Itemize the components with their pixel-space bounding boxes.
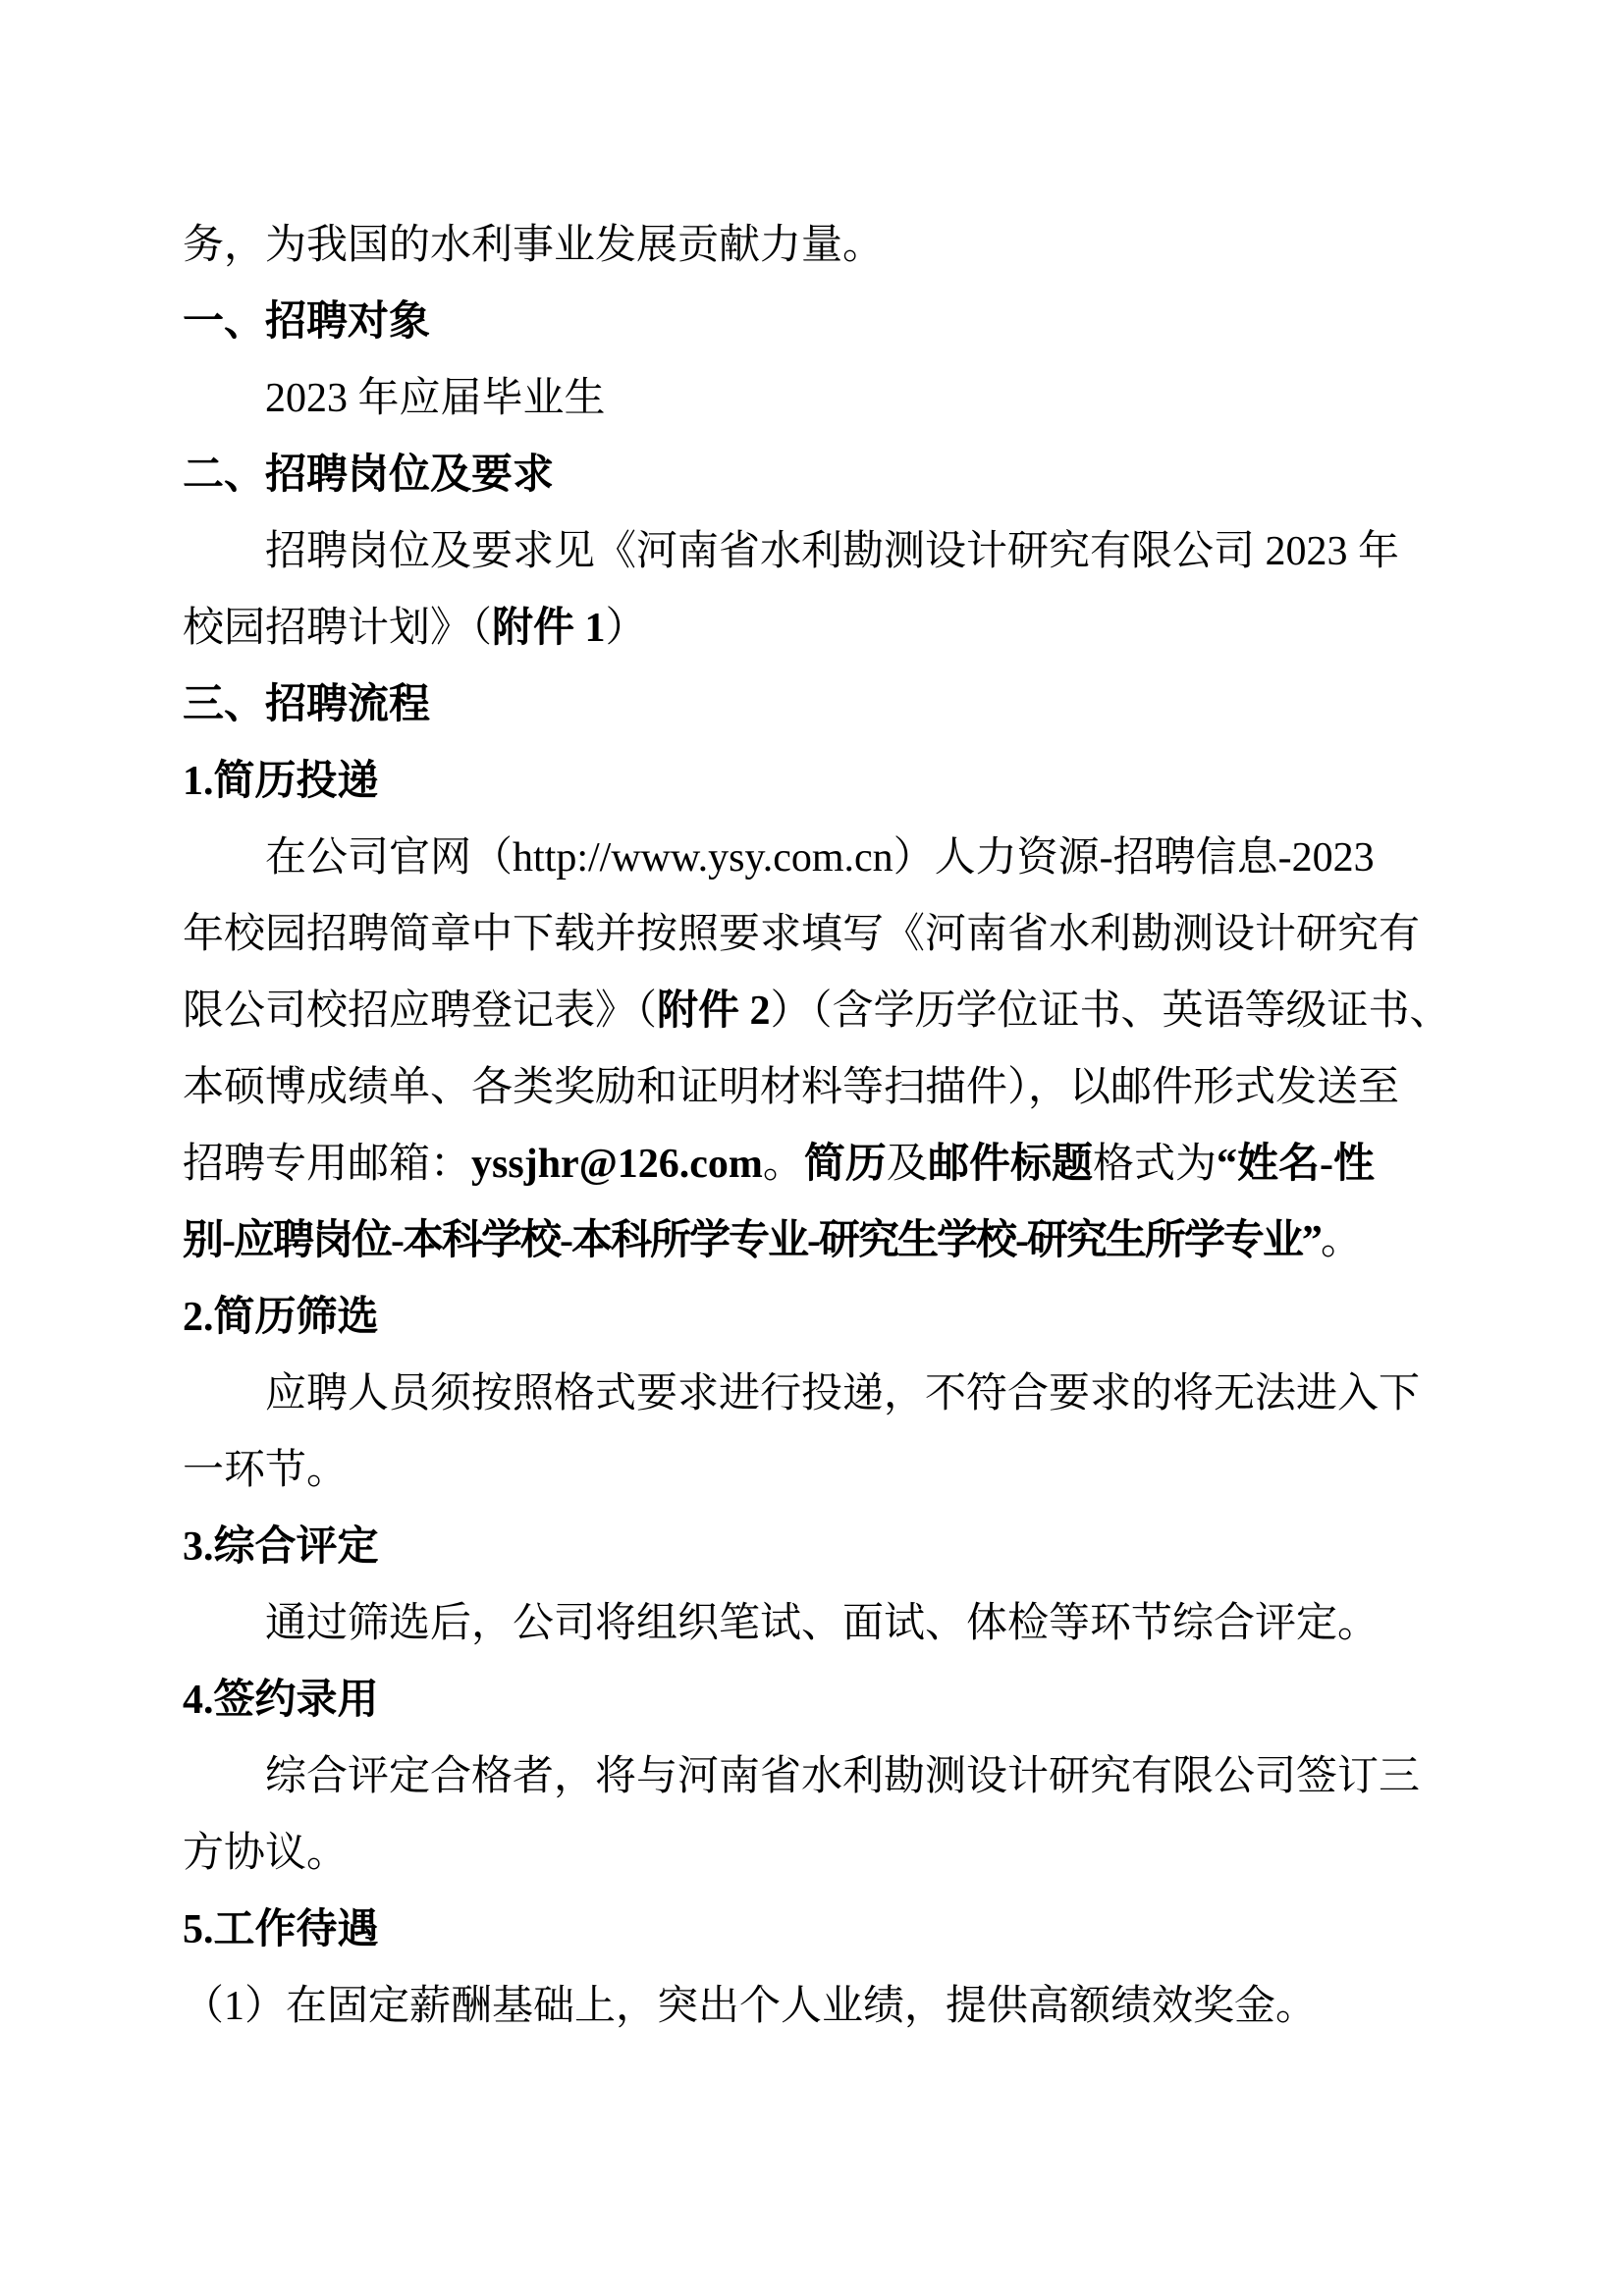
text-run: 及 — [887, 1142, 928, 1187]
paragraph-benefits-item-1: （1）在固定薪酬基础上，突出个人业绩，提供高额绩效奖金。 — [183, 1968, 1459, 2045]
paragraph-contract-signing-line-1: 综合评定合格者，将与河南省水利勘测设计研究有限公司签订三 — [183, 1738, 1459, 1815]
text-run: 招聘专用邮箱： — [183, 1142, 471, 1187]
text-run: 年校园招聘简章中下载并按照要求填写《河南省水利勘测设计研究有 — [183, 912, 1420, 957]
text-run: 本硕博成绩单、各类奖励和证明材料等扫描件），以邮件形式发送至 — [183, 1065, 1399, 1110]
text-run: （1）在固定薪酬基础上，突出个人业绩，提供高额绩效奖金。 — [183, 1984, 1317, 2029]
text-run-emphasis: 邮件标题 — [928, 1142, 1093, 1187]
text-run: 方协议。 — [183, 1831, 348, 1876]
text-run: ） — [606, 606, 647, 651]
heading-section-1-recruitment-target: 一、招聘对象 — [183, 284, 1459, 360]
attachment-1-reference: 附件 1 — [492, 606, 606, 651]
text-run: 招聘岗位及要求见《河南省水利勘测设计研究有限公司 2023 年 — [265, 529, 1399, 574]
paragraph-resume-submission-line-2: 年校园招聘简章中下载并按照要求填写《河南省水利勘测设计研究有 — [183, 896, 1459, 973]
paragraph-resume-screening-line-2: 一环节。 — [183, 1432, 1459, 1509]
text-run: 格式为 — [1093, 1142, 1217, 1187]
document-page: 务，为我国的水利事业发展贡献力量。 一、招聘对象 2023 年应届毕业生 二、招… — [0, 0, 1624, 2296]
text-run: 一环节。 — [183, 1448, 348, 1493]
paragraph-resume-submission-line-5: 招聘专用邮箱：yssjhr@126.com。简历及邮件标题格式为“姓名-性 — [183, 1126, 1459, 1202]
paragraph-resume-submission-line-6: 别-应聘岗位-本科学校-本科所学专业-研究生学校-研究生所学专业”。 — [183, 1202, 1459, 1279]
text-run-with-website-url: 在公司官网（http://www.ysy.com.cn）人力资源-招聘信息-20… — [265, 835, 1375, 881]
text-run: 。 — [1321, 1218, 1360, 1263]
paragraph-positions-line-1: 招聘岗位及要求见《河南省水利勘测设计研究有限公司 2023 年 — [183, 513, 1459, 590]
heading-text: 一、招聘对象 — [183, 299, 430, 345]
subheading-4-contract-signing: 4.签约录用 — [183, 1662, 1459, 1738]
heading-section-2-positions-requirements: 二、招聘岗位及要求 — [183, 437, 1459, 513]
text-run-emphasis: 简历 — [804, 1142, 887, 1187]
text-run: ）（含学历学位证书、英语等级证书、 — [771, 988, 1451, 1034]
paragraph-resume-submission-line-3: 限公司校招应聘登记表》（附件 2）（含学历学位证书、英语等级证书、 — [183, 973, 1459, 1049]
heading-text: 4.签约录用 — [183, 1678, 379, 1723]
heading-section-3-recruitment-process: 三、招聘流程 — [183, 667, 1459, 743]
paragraph-contract-signing-line-2: 方协议。 — [183, 1815, 1459, 1892]
subheading-1-resume-submission: 1.简历投递 — [183, 743, 1459, 820]
paragraph-resume-submission-line-1: 在公司官网（http://www.ysy.com.cn）人力资源-招聘信息-20… — [183, 820, 1459, 896]
heading-text: 1.简历投递 — [183, 759, 379, 804]
text-run: 综合评定合格者，将与河南省水利勘测设计研究有限公司签订三 — [265, 1754, 1420, 1799]
paragraph-intro-continuation: 务，为我国的水利事业发展贡献力量。 — [183, 207, 1459, 284]
text-run: 限公司校招应聘登记表》（ — [183, 988, 657, 1034]
paragraph-positions-line-2: 校园招聘计划》（附件 1） — [183, 590, 1459, 667]
paragraph-resume-screening-line-1: 应聘人员须按照格式要求进行投递，不符合要求的将无法进入下 — [183, 1356, 1459, 1432]
heading-text: 二、招聘岗位及要求 — [183, 453, 554, 498]
text-run: 应聘人员须按照格式要求进行投递，不符合要求的将无法进入下 — [265, 1371, 1420, 1416]
heading-text: 5.工作待遇 — [183, 1907, 379, 1952]
text-run: 2023 年应届毕业生 — [265, 376, 606, 421]
email-title-format: 别-应聘岗位-本科学校-本科所学专业-研究生学校-研究生所学专业” — [183, 1218, 1321, 1263]
text-run: 通过筛选后，公司将组织笔试、面试、体检等环节综合评定。 — [265, 1601, 1379, 1646]
heading-text: 三、招聘流程 — [183, 682, 430, 727]
paragraph-resume-submission-line-4: 本硕博成绩单、各类奖励和证明材料等扫描件），以邮件形式发送至 — [183, 1049, 1459, 1126]
email-address: yssjhr@126.com — [471, 1142, 763, 1187]
text-run-emphasis: “姓名-性 — [1217, 1142, 1375, 1187]
text-run: 校园招聘计划》（ — [183, 606, 492, 651]
subheading-2-resume-screening: 2.简历筛选 — [183, 1279, 1459, 1356]
paragraph-recruitment-target: 2023 年应届毕业生 — [183, 360, 1459, 437]
attachment-2-reference: 附件 2 — [657, 988, 771, 1034]
heading-text: 3.综合评定 — [183, 1524, 379, 1570]
heading-text: 2.简历筛选 — [183, 1295, 379, 1340]
text-run: 。 — [763, 1142, 804, 1187]
subheading-5-work-benefits: 5.工作待遇 — [183, 1892, 1459, 1968]
paragraph-comprehensive-evaluation: 通过筛选后，公司将组织笔试、面试、体检等环节综合评定。 — [183, 1585, 1459, 1662]
text-run: 务，为我国的水利事业发展贡献力量。 — [183, 223, 884, 268]
subheading-3-comprehensive-evaluation: 3.综合评定 — [183, 1509, 1459, 1585]
